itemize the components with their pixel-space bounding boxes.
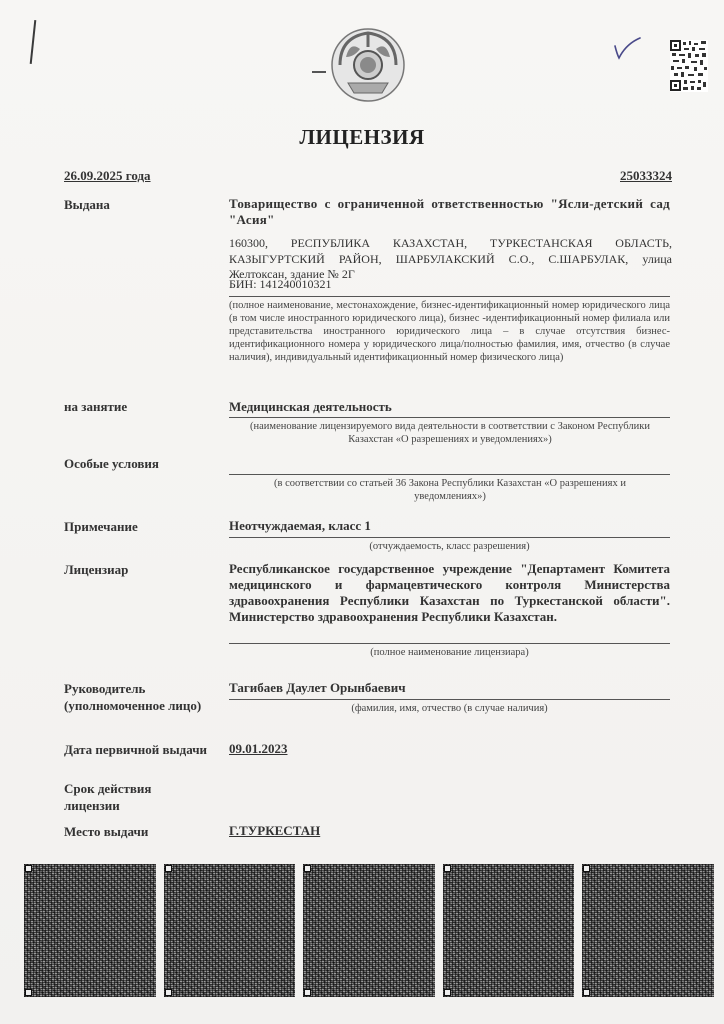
barcode-5[interactable] <box>582 864 714 997</box>
divider <box>229 643 670 644</box>
first-issue-value: 09.01.2023 <box>229 741 670 757</box>
qr-code-icon[interactable] <box>670 40 708 92</box>
place-of-issue-label: Место выдачи <box>64 823 148 840</box>
activity-label: на занятие <box>64 398 127 415</box>
barcode-1[interactable] <box>24 864 156 997</box>
activity-value: Медицинская деятельность <box>229 399 670 415</box>
first-issue-label: Дата первичной выдачи <box>64 741 207 758</box>
head-label: Руководитель (уполномоченное лицо) <box>64 680 201 714</box>
special-conditions-label: Особые условия <box>64 455 159 472</box>
note-hint: (отчуждаемость, класс разрешения) <box>229 540 670 553</box>
barcode-4[interactable] <box>443 864 575 997</box>
divider <box>229 474 670 475</box>
state-emblem-icon <box>330 27 406 103</box>
head-hint: (фамилия, имя, отчество (в случае наличи… <box>229 702 670 715</box>
divider <box>229 296 670 297</box>
validity-label: Срок действия лицензии <box>64 780 151 814</box>
licensor-value: Республиканское государственное учрежден… <box>229 561 670 625</box>
validity-label-line2: лицензии <box>64 797 151 814</box>
issued-to-hint: (полное наименование, местонахождение, б… <box>229 299 670 364</box>
special-conditions-hint: (в соответствии со статьей 36 Закона Рес… <box>240 477 660 503</box>
license-page: ЛИЦЕНЗИЯ 26.09.2025 года 25033324 Выдана… <box>0 0 724 1024</box>
scan-mark <box>312 71 326 73</box>
issued-to-address: 160300, РЕСПУБЛИКА КАЗАХСТАН, ТУРКЕСТАНС… <box>229 236 672 283</box>
issued-to-label: Выдана <box>64 196 110 213</box>
head-value: Тагибаев Даулет Орынбаевич <box>229 680 670 696</box>
head-label-line2: (уполномоченное лицо) <box>64 697 201 714</box>
pen-mark <box>30 20 37 64</box>
page-title: ЛИЦЕНЗИЯ <box>0 125 724 150</box>
validity-label-line1: Срок действия <box>64 780 151 797</box>
issued-to-bin: БИН: 141240010321 <box>229 277 670 293</box>
divider <box>229 537 670 538</box>
issued-to-name: Товарищество с ограниченной ответственно… <box>229 196 670 228</box>
barcode-2[interactable] <box>164 864 296 997</box>
barcode-3[interactable] <box>303 864 435 997</box>
licensor-hint: (полное наименование лицензиара) <box>229 646 670 659</box>
divider <box>229 417 670 418</box>
note-value: Неотчуждаемая, класс 1 <box>229 518 670 534</box>
note-label: Примечание <box>64 518 138 535</box>
license-number: 25033324 <box>620 168 672 184</box>
barcode-strip <box>24 864 714 1024</box>
issue-date: 26.09.2025 года <box>64 168 151 184</box>
checkmark-icon <box>612 36 642 62</box>
place-of-issue-value: Г.ТУРКЕСТАН <box>229 823 670 839</box>
divider <box>229 699 670 700</box>
licensor-label: Лицензиар <box>64 561 128 578</box>
head-label-line1: Руководитель <box>64 680 201 697</box>
activity-hint: (наименование лицензируемого вида деятел… <box>240 420 660 446</box>
